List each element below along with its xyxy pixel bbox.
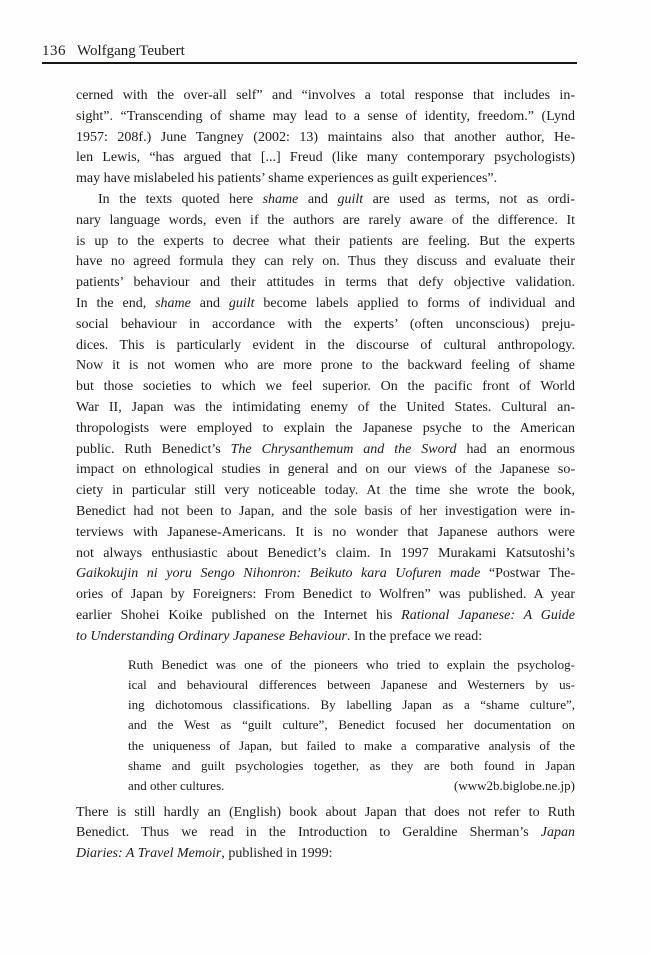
italic-text-segment: The Chrysanthemum and the Sword — [231, 442, 457, 457]
text-line: ciety in particular still very noticeabl… — [76, 481, 575, 502]
italic-text-segment: Gaikokujin ni yoru Sengo Nihonron: Beiku… — [76, 566, 480, 581]
text-segment: War II, Japan was the intimidating enemy… — [76, 400, 575, 415]
text-line: There is still hardly an (English) book … — [76, 803, 575, 824]
text-segment: earlier Shohei Koike published on the In… — [76, 608, 401, 623]
text-segment: the uniqueness of Japan, but failed to m… — [128, 738, 575, 753]
text-segment: Ruth Benedict was one of the pioneers wh… — [128, 657, 575, 672]
text-segment: become labels applied to forms of indivi… — [254, 296, 575, 311]
running-head-author: Wolfgang Teubert — [77, 43, 185, 59]
text-segment: is up to the experts to decree what thei… — [76, 234, 575, 249]
text-line: ical and behavioural differences between… — [128, 675, 575, 695]
paragraph: In the texts quoted here shame and guilt… — [76, 190, 575, 648]
text-line: but those societies to which we feel sup… — [76, 377, 575, 398]
text-segment: cerned with the over-all self” and “invo… — [76, 88, 575, 103]
text-segment: “Postwar The- — [480, 566, 575, 581]
text-line: War II, Japan was the intimidating enemy… — [76, 398, 575, 419]
text-segment: may have mislabeled his patients’ shame … — [76, 171, 497, 186]
text-segment: ciety in particular still very noticeabl… — [76, 483, 575, 498]
text-segment: Benedict. Thus we read in the Introducti… — [76, 825, 541, 840]
quote-source: (www2b.biglobe.ne.jp) — [454, 776, 575, 796]
text-line: sight”. “Transcending of shame may lead … — [76, 107, 575, 128]
text-segment: and — [191, 296, 229, 311]
italic-text-segment: Japan — [541, 825, 575, 840]
text-line: 1957: 208f.) June Tangney (2002: 13) mai… — [76, 128, 575, 149]
text-segment: have no agreed formula they can rely on.… — [76, 254, 575, 269]
text-line: dices. This is particularly evident in t… — [76, 336, 575, 357]
text-segment: and other cultures. — [128, 776, 224, 796]
text-line: patients’ behaviour and their attitudes … — [76, 273, 575, 294]
text-line: len Lewis, “has argued that [...] Freud … — [76, 148, 575, 169]
page-number: 136 — [42, 43, 66, 59]
text-line: social behaviour in accordance with the … — [76, 315, 575, 336]
book-page: 136Wolfgang Teubert cerned with the over… — [0, 0, 650, 955]
text-segment: had an enormous — [457, 442, 575, 457]
text-segment: and other cultures. — [128, 778, 224, 793]
text-line: and other cultures.(www2b.biglobe.ne.jp) — [128, 776, 575, 796]
block-quote: Ruth Benedict was one of the pioneers wh… — [128, 655, 575, 797]
text-line: may have mislabeled his patients’ shame … — [76, 169, 575, 190]
text-segment: and — [298, 192, 337, 207]
text-segment: In the texts quoted here — [98, 192, 263, 207]
text-segment: shame and guilt psychologies together, a… — [128, 758, 575, 773]
text-segment: are used as terms, not as ordi- — [363, 192, 575, 207]
text-segment: There is still hardly an (English) book … — [76, 805, 575, 820]
text-segment: patients’ behaviour and their attitudes … — [76, 275, 575, 290]
text-segment: dices. This is particularly evident in t… — [76, 338, 575, 353]
text-segment: len Lewis, “has argued that [...] Freud … — [76, 150, 575, 165]
text-line: to Understanding Ordinary Japanese Behav… — [76, 627, 575, 648]
text-line: public. Ruth Benedict’s The Chrysanthemu… — [76, 440, 575, 461]
italic-text-segment: shame — [263, 192, 299, 207]
italic-text-segment: guilt — [337, 192, 363, 207]
text-segment: not always enthusiastic about Benedict’s… — [76, 546, 575, 561]
text-line: shame and guilt psychologies together, a… — [128, 756, 575, 776]
text-segment: In the end, — [76, 296, 155, 311]
text-segment: 1957: 208f.) June Tangney (2002: 13) mai… — [76, 130, 575, 145]
text-segment: and the West as “guilt culture”, Benedic… — [128, 717, 575, 732]
italic-text-segment: shame — [155, 296, 191, 311]
text-segment: terviews with Japanese-Americans. It is … — [76, 525, 575, 540]
paragraph: cerned with the over-all self” and “invo… — [76, 86, 575, 190]
text-line: not always enthusiastic about Benedict’s… — [76, 544, 575, 565]
text-segment: impact on ethnological studies in genera… — [76, 462, 575, 477]
text-segment: social behaviour in accordance with the … — [76, 317, 575, 332]
text-segment: but those societies to which we feel sup… — [76, 379, 575, 394]
paragraph: There is still hardly an (English) book … — [76, 803, 575, 865]
header-rule — [42, 62, 577, 64]
text-line: In the texts quoted here shame and guilt… — [76, 190, 575, 211]
text-segment: . In the preface we read: — [347, 629, 482, 644]
text-line: nary language words, even if the authors… — [76, 211, 575, 232]
italic-text-segment: Diaries: A Travel Memoir — [76, 846, 221, 861]
text-line: Ruth Benedict was one of the pioneers wh… — [128, 655, 575, 675]
text-line: thropologists were employed to explain t… — [76, 419, 575, 440]
text-line: Diaries: A Travel Memoir, published in 1… — [76, 844, 575, 865]
italic-text-segment: Rational Japanese: A Guide — [401, 608, 575, 623]
text-segment: sight”. “Transcending of shame may lead … — [76, 109, 575, 124]
text-line: Gaikokujin ni yoru Sengo Nihonron: Beiku… — [76, 564, 575, 585]
text-segment: ical and behavioural differences between… — [128, 677, 575, 692]
italic-text-segment: to Understanding Ordinary Japanese Behav… — [76, 629, 347, 644]
text-line: ing dichotomous classifications. By labe… — [128, 695, 575, 715]
text-segment: ing dichotomous classifications. By labe… — [128, 697, 575, 712]
text-segment: , published in 1999: — [221, 846, 332, 861]
italic-text-segment: guilt — [229, 296, 255, 311]
text-segment: nary language words, even if the authors… — [76, 213, 575, 228]
text-line: impact on ethnological studies in genera… — [76, 460, 575, 481]
text-line: Now it is not women who are more prone t… — [76, 356, 575, 377]
text-line: earlier Shohei Koike published on the In… — [76, 606, 575, 627]
text-line: have no agreed formula they can rely on.… — [76, 252, 575, 273]
text-line: In the end, shame and guilt become label… — [76, 294, 575, 315]
text-line: Benedict. Thus we read in the Introducti… — [76, 823, 575, 844]
text-line: cerned with the over-all self” and “invo… — [76, 86, 575, 107]
text-line: is up to the experts to decree what thei… — [76, 232, 575, 253]
text-segment: Benedict had not been to Japan, and the … — [76, 504, 575, 519]
text-segment: thropologists were employed to explain t… — [76, 421, 575, 436]
text-line: the uniqueness of Japan, but failed to m… — [128, 736, 575, 756]
text-line: ories of Japan by Foreigners: From Bened… — [76, 585, 575, 606]
text-segment: ories of Japan by Foreigners: From Bened… — [76, 587, 575, 602]
page-body: cerned with the over-all self” and “invo… — [76, 86, 575, 865]
text-segment: Now it is not women who are more prone t… — [76, 358, 575, 373]
running-header: 136Wolfgang Teubert — [42, 44, 185, 59]
text-line: Benedict had not been to Japan, and the … — [76, 502, 575, 523]
text-segment: public. Ruth Benedict’s — [76, 442, 231, 457]
text-line: terviews with Japanese-Americans. It is … — [76, 523, 575, 544]
text-line: and the West as “guilt culture”, Benedic… — [128, 715, 575, 735]
